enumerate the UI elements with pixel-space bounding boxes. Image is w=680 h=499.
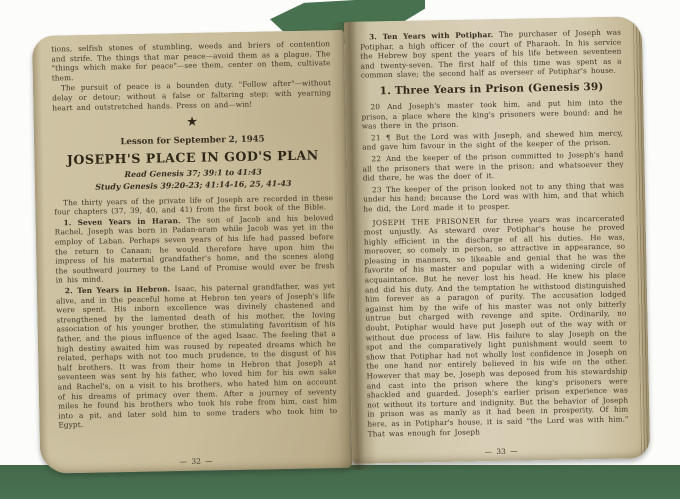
star-icon: ★ [53,113,332,131]
photo-background: tions, selfish stones of stumbling, weed… [0,0,680,499]
continued-paragraph: tions, selfish stones of stumbling, weed… [51,39,331,83]
verse-20: 20 And Joseph's master took him, and put… [361,98,623,132]
section-3-paragraph: 3. Ten Years with Potiphar. The purchase… [360,28,622,81]
verse-23-text: The keeper of the prison looked not to a… [363,180,624,213]
verse-22: 22 And the keeper of the prison committe… [362,149,624,183]
star-glyph: ★ [186,115,198,130]
lesson-date: Lesson for September 2, 1945 [53,133,332,148]
verse-22-text: And the keeper of the prison committed t… [363,149,624,182]
verse-20-number: 20 [370,102,380,111]
section-1-paragraph: 1. Seven Years in Haran. The son of Jaco… [54,213,334,285]
open-booklet: tions, selfish stones of stumbling, weed… [22,6,659,478]
section-2-paragraph: 2. Ten Years in Hebron. Isaac, his pater… [56,281,338,430]
right-page: 3. Ten Years with Potiphar. The purchase… [344,16,650,464]
verse-21: 21 ¶ But the Lord was with Joseph, and s… [362,128,623,152]
commentary-paragraph: JOSEPH THE PRISONER for three years was … [364,213,629,439]
verse-23: 23 The keeper of the prison looked not t… [363,180,625,214]
section-2-text: Isaac, his paternal grandfather, was yet… [56,281,337,430]
page-number-right: — 33 — [352,444,650,459]
verse-21-number: 21 ¶ [371,133,391,142]
verse-20-text: And Joseph's master took him, and put hi… [362,98,623,131]
commentary-text: for three years was incarcerated most un… [364,213,629,438]
lesson-title: JOSEPH'S PLACE IN GOD'S PLAN [53,147,332,167]
verse-23-number: 23 [372,185,382,194]
left-page: tions, selfish stones of stumbling, weed… [32,30,352,474]
verse-21-text: But the Lord was with Joseph, and shewed… [362,128,623,152]
prison-section-heading: 1. Three Years in Prison (Genesis 39) [361,81,622,98]
page-number-left: — 32 — [40,454,352,469]
peace-pursuit-paragraph: The pursuit of peace is a bounden duty. … [52,79,332,113]
study-assignment: Study Genesis 39:20-23; 41:14-16, 25, 41… [54,178,333,192]
verse-22-number: 22 [371,154,381,163]
